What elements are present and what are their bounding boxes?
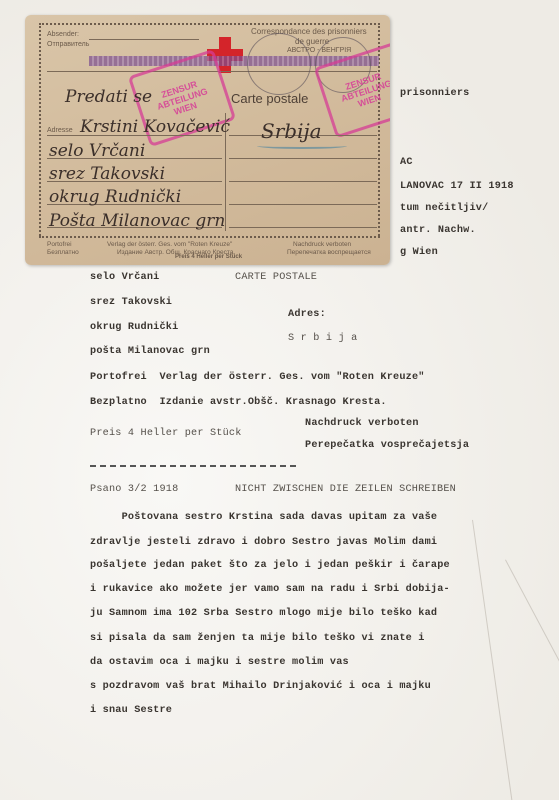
address-line: pošta Milanovac grn <box>90 346 210 357</box>
footer-verlag: Verlag der österr. Ges. vom "Roten Kreuz… <box>107 241 232 248</box>
transcription-right-line: g Wien <box>400 247 438 258</box>
postmark-icon <box>247 33 311 95</box>
date-line: Psano 3/2 1918 <box>90 484 178 495</box>
address-rule <box>229 227 377 228</box>
letter-line: da ostavim oca i majku i sestre molim va… <box>90 657 349 668</box>
absender-rule <box>89 39 199 40</box>
letter-line: Poštovana sestro Krstina sada davas upit… <box>90 512 437 523</box>
perforation-bottom <box>39 236 380 238</box>
letter-line: ju Samnom ima 102 Srba Sestro mlogo mije… <box>90 608 437 619</box>
letter-line: si pisala da sam ženjen ta mije bilo teš… <box>90 633 425 644</box>
absender-label-cyrillic: Отправитель <box>47 41 89 48</box>
card-title: Carte postale <box>231 91 308 106</box>
address-rule <box>229 181 377 182</box>
transcription-right-line: AC <box>400 157 413 168</box>
transcription-right-line: LANOVAC 17 II 1918 <box>400 181 514 192</box>
transcription-right-line: antr. Nachw. <box>400 225 476 236</box>
transcription-right-line: tum nečitljiv/ <box>400 203 488 214</box>
handwritten-line: okrug Rudnički <box>49 187 181 207</box>
perforation-top <box>39 23 380 25</box>
separator-line <box>90 465 296 467</box>
perforation-left <box>39 23 41 236</box>
transcription-right-line: prisonniers <box>400 88 469 99</box>
letter-line: i snau Sestre <box>90 705 172 716</box>
handwritten-line: Krstini Kovačević <box>80 117 230 137</box>
nachdruck-line: Nachdruck verboten <box>305 418 419 429</box>
postcard-image: Absender: Отправитель Correspondance des… <box>25 15 390 265</box>
adresse-label: Adresse <box>47 127 73 134</box>
letter-line: pošaljete jedan paket što za jelo i jeda… <box>90 560 450 571</box>
footer-line: Portofrei Verlag der österr. Ges. vom "R… <box>90 372 425 383</box>
wavy-underline <box>257 143 347 149</box>
price-label: Preis 4 Heller per Stück <box>175 254 242 260</box>
carte-postale-label: CARTE POSTALE <box>235 272 317 283</box>
perepecatka-line: Perepečatka vosprečajetsja <box>305 440 469 451</box>
footer-nachdruck-cyrillic: Перепечатка воспрещается <box>287 249 371 256</box>
adres-label: Adres: <box>288 309 326 320</box>
footer-portofrei-cyrillic: Безплатно <box>47 249 79 256</box>
address-rule <box>229 158 377 159</box>
absender-label: Absender: <box>47 31 79 38</box>
letter-line: s pozdravom vaš brat Mihailo Drinjaković… <box>90 681 431 692</box>
price-line: Preis 4 Heller per Stück <box>90 428 242 439</box>
address-line: srez Takovski <box>90 297 172 308</box>
footer-portofrei: Portofrei <box>47 241 72 248</box>
address-line: okrug Rudnički <box>90 322 178 333</box>
address-rule <box>229 204 377 205</box>
handwritten-line: Predati se <box>65 87 152 107</box>
address-line: selo Vrčani <box>90 272 159 283</box>
letter-line: zdravlje jesteli zdravo i dobro Sestro j… <box>90 537 437 548</box>
handwritten-line: Pošta Milanovac grn <box>49 211 225 231</box>
handwritten-line: srez Takovski <box>49 164 165 184</box>
nicht-zwischen-line: NICHT ZWISCHEN DIE ZEILEN SCHREIBEN <box>235 484 456 495</box>
letter-line: i rukavice ako možete jer vamo sam na ra… <box>90 584 450 595</box>
handwritten-destination: Srbija <box>261 119 322 143</box>
handwritten-line: selo Vrčani <box>49 141 145 161</box>
footer-line: Bezplatno Izdanie avstr.Obšč. Krasnago K… <box>90 397 387 408</box>
footer-nachdruck: Nachdruck verboten <box>293 241 351 248</box>
adres-value: S r b i j a <box>288 333 357 344</box>
